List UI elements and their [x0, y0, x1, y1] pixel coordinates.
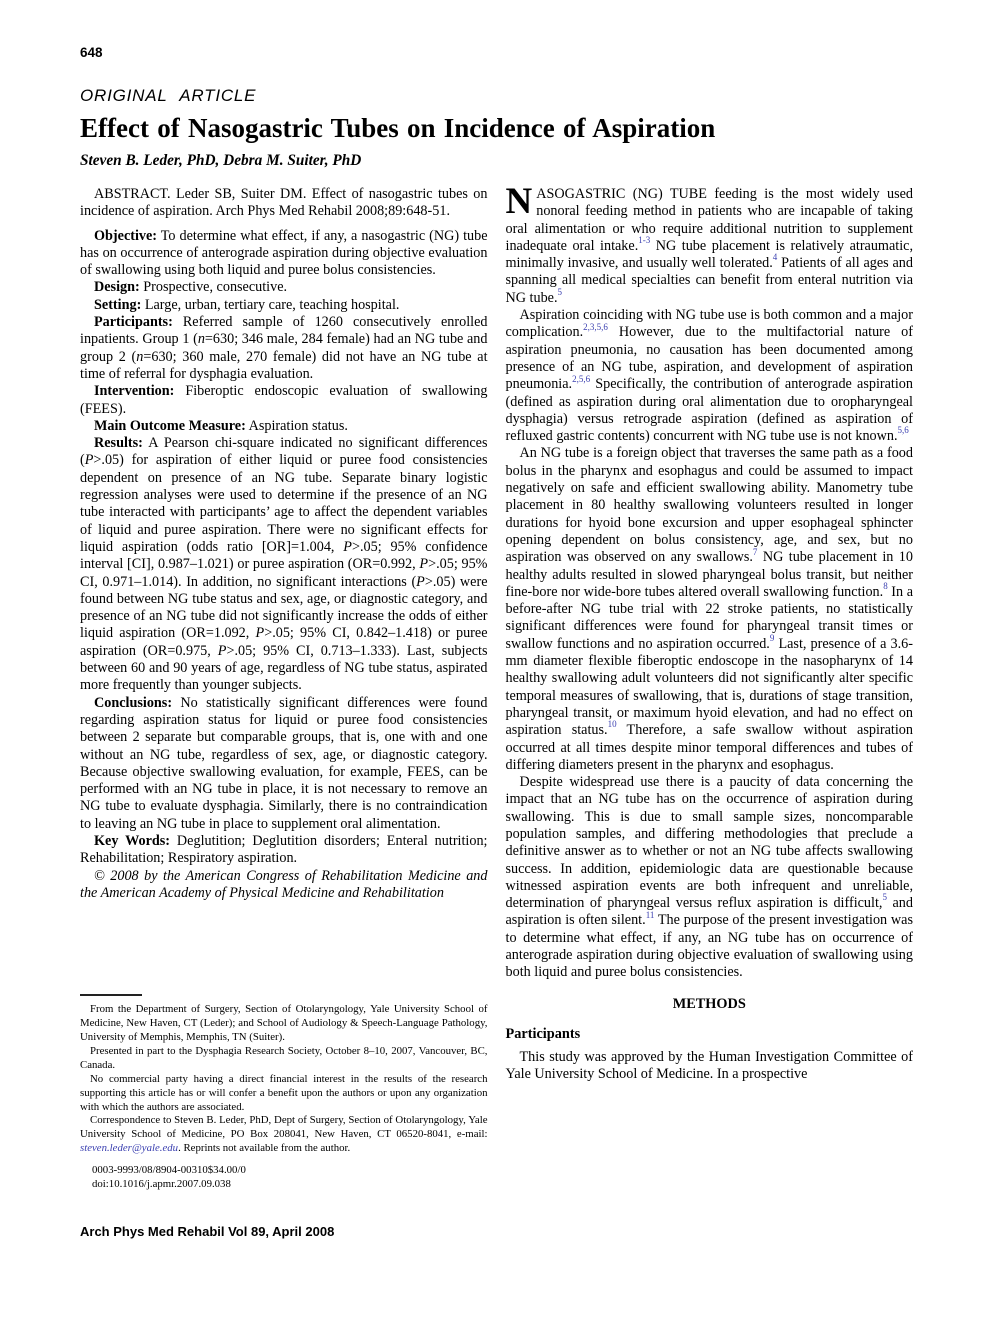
abstract-conclusions: Conclusions: No statistically significan… — [80, 695, 488, 833]
abstract-intervention: Intervention: Fiberoptic endoscopic eval… — [80, 383, 488, 418]
intro-paragraph-4: Despite widespread use there is a paucit… — [506, 774, 914, 982]
citation-reference: 5,6 — [898, 425, 909, 435]
citation-reference: 5 — [882, 892, 887, 902]
doi-line: doi:10.1016/j.apmr.2007.09.038 — [92, 1178, 488, 1192]
citation-reference: 9 — [770, 633, 775, 643]
abstract-citation: ABSTRACT. Leder SB, Suiter DM. Effect of… — [80, 186, 488, 221]
footnote-disclosure: No commercial party having a direct fina… — [80, 1073, 488, 1115]
intro-paragraph-2: Aspiration coinciding with NG tube use i… — [506, 307, 914, 445]
email-link[interactable]: steven.leder@yale.edu — [80, 1142, 178, 1154]
abstract-section: ABSTRACT. Leder SB, Suiter DM. Effect of… — [80, 186, 488, 902]
citation-reference: 1-3 — [638, 235, 650, 245]
right-column: NASOGASTRIC (NG) TUBE feeding is the mos… — [506, 186, 914, 1196]
participants-heading: Participants — [506, 1026, 914, 1043]
issn-code-line: 0003-9993/08/8904-00310$34.00/0 — [92, 1164, 488, 1178]
left-column: ABSTRACT. Leder SB, Suiter DM. Effect of… — [80, 186, 488, 1196]
citation-reference: 7 — [753, 547, 758, 557]
copyright-line: © 2008 by the American Congress of Rehab… — [80, 868, 488, 903]
abstract-key-words: Key Words: Deglutition; Deglutition diso… — [80, 833, 488, 868]
journal-page: 648 ORIGINAL ARTICLE Effect of Nasogastr… — [0, 0, 990, 1320]
article-body: ABSTRACT. Leder SB, Suiter DM. Effect of… — [80, 186, 913, 1196]
footnote-presentation: Presented in part to the Dysphagia Resea… — [80, 1045, 488, 1073]
abstract-objective: Objective: To determine what effect, if … — [80, 228, 488, 280]
introduction-section: NASOGASTRIC (NG) TUBE feeding is the mos… — [506, 186, 914, 982]
abstract-main-outcome: Main Outcome Measure: Aspiration status. — [80, 418, 488, 435]
footnote-divider — [80, 994, 142, 996]
article-ids: 0003-9993/08/8904-00310$34.00/0doi:10.10… — [80, 1164, 488, 1196]
page-number: 648 — [80, 46, 913, 60]
citation-reference: 2,3,5,6 — [583, 322, 608, 332]
abstract-participants: Participants: Referred sample of 1260 co… — [80, 314, 488, 383]
citation-reference: 5 — [558, 287, 563, 297]
citation-reference: 10 — [608, 719, 617, 729]
article-title: Effect of Nasogastric Tubes on Incidence… — [80, 113, 913, 143]
footnotes-section: From the Department of Surgery, Section … — [80, 1003, 488, 1156]
intro-paragraph-3: An NG tube is a foreign object that trav… — [506, 445, 914, 774]
drop-cap: N — [506, 186, 537, 216]
article-authors: Steven B. Leder, PhD, Debra M. Suiter, P… — [80, 152, 913, 169]
article-type-label: ORIGINAL ARTICLE — [80, 87, 913, 105]
journal-footer: Arch Phys Med Rehabil Vol 89, April 2008 — [80, 1224, 334, 1239]
citation-reference: 8 — [883, 581, 888, 591]
abstract-setting: Setting: Large, urban, tertiary care, te… — [80, 297, 488, 314]
footnote-affiliation: From the Department of Surgery, Section … — [80, 1003, 488, 1045]
abstract-design: Design: Prospective, consecutive. — [80, 279, 488, 296]
participants-paragraph: This study was approved by the Human Inv… — [506, 1049, 914, 1084]
intro-paragraph-1: NASOGASTRIC (NG) TUBE feeding is the mos… — [506, 186, 914, 307]
footnote-correspondence: Correspondence to Steven B. Leder, PhD, … — [80, 1114, 488, 1156]
methods-heading: METHODS — [506, 996, 914, 1013]
abstract-results: Results: A Pearson chi-square indicated … — [80, 435, 488, 694]
citation-reference: 4 — [773, 252, 778, 262]
citation-reference: 2,5,6 — [572, 374, 590, 384]
citation-reference: 11 — [646, 910, 655, 920]
footnote-block: From the Department of Surgery, Section … — [80, 994, 488, 1196]
participants-section: This study was approved by the Human Inv… — [506, 1049, 914, 1084]
